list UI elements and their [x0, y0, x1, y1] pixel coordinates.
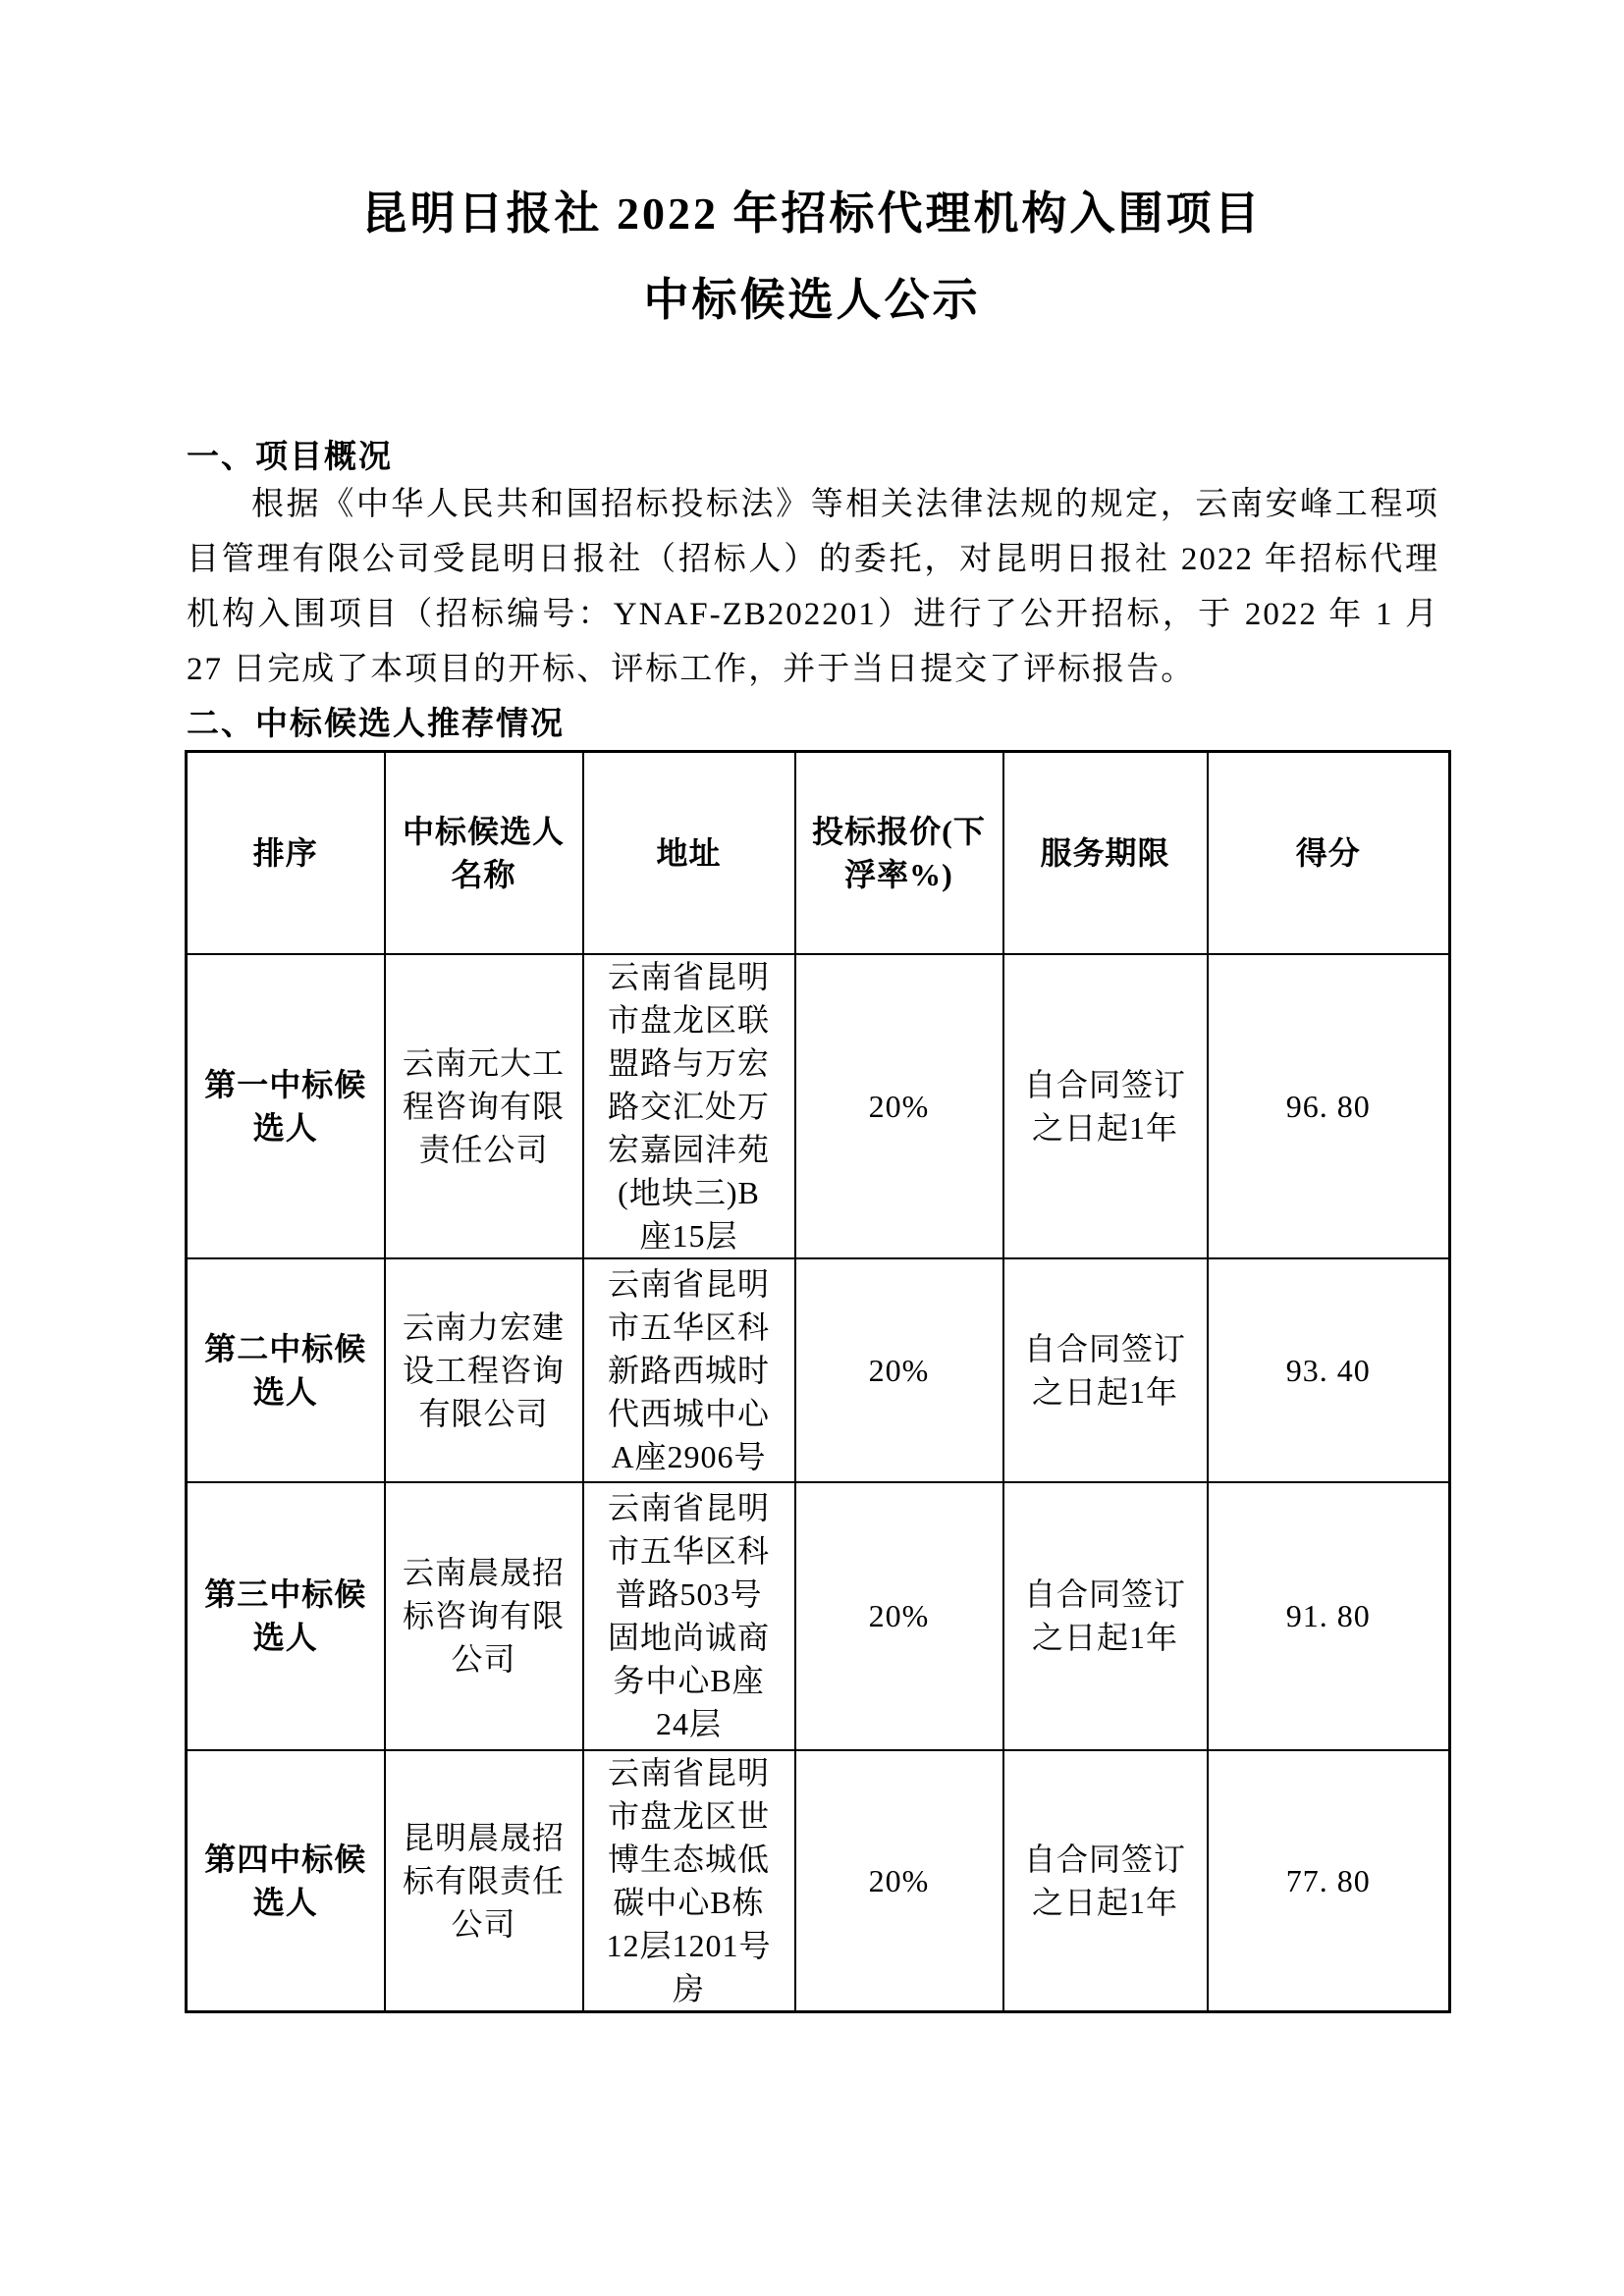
cell-bid-price: 20%: [795, 1482, 1003, 1750]
table-row: 第一中标候选人云南元大工程咨询有限责任公司云南省昆明市盘龙区联盟路与万宏路交汇处…: [187, 954, 1450, 1258]
cell-bid-price: 20%: [795, 1750, 1003, 2012]
cell-address: 云南省昆明市五华区科新路西城时代西城中心A座2906号: [583, 1258, 795, 1482]
table-row: 第四中标候选人昆明晨晟招标有限责任公司云南省昆明市盘龙区世博生态城低碳中心B栋1…: [187, 1750, 1450, 2012]
table-row: 第二中标候选人云南力宏建设工程咨询有限公司云南省昆明市五华区科新路西城时代西城中…: [187, 1258, 1450, 1482]
cell-rank: 第三中标候选人: [187, 1482, 385, 1750]
section2-heading: 二、中标候选人推荐情况: [187, 697, 1439, 752]
candidates-table-head: 排序中标候选人名称地址投标报价(下浮率%)服务期限得分: [187, 752, 1450, 954]
header-cell-2: 地址: [583, 752, 795, 954]
cell-address: 云南省昆明市五华区科普路503号固地尚诚商务中心B座24层: [583, 1482, 795, 1750]
document-title-line1: 昆明日报社 2022 年招标代理机构入围项目: [0, 171, 1624, 257]
document-page: 昆明日报社 2022 年招标代理机构入围项目 中标候选人公示 一、项目概况 根据…: [0, 0, 1624, 2296]
cell-service-period: 自合同签订之日起1年: [1003, 1482, 1208, 1750]
cell-score: 93. 40: [1208, 1258, 1450, 1482]
cell-name: 云南晨晟招标咨询有限公司: [385, 1482, 583, 1750]
document-title: 昆明日报社 2022 年招标代理机构入围项目 中标候选人公示: [0, 171, 1624, 344]
cell-bid-price: 20%: [795, 954, 1003, 1258]
header-cell-5: 得分: [1208, 752, 1450, 954]
cell-service-period: 自合同签订之日起1年: [1003, 954, 1208, 1258]
cell-rank: 第一中标候选人: [187, 954, 385, 1258]
cell-address: 云南省昆明市盘龙区联盟路与万宏路交汇处万宏嘉园沣苑(地块三)B座15层: [583, 954, 795, 1258]
cell-rank: 第二中标候选人: [187, 1258, 385, 1482]
header-cell-1: 中标候选人名称: [385, 752, 583, 954]
cell-score: 91. 80: [1208, 1482, 1450, 1750]
cell-service-period: 自合同签订之日起1年: [1003, 1258, 1208, 1482]
cell-name: 云南元大工程咨询有限责任公司: [385, 954, 583, 1258]
candidates-table: 排序中标候选人名称地址投标报价(下浮率%)服务期限得分 第一中标候选人云南元大工…: [185, 750, 1451, 2013]
cell-score: 77. 80: [1208, 1750, 1450, 2012]
header-cell-4: 服务期限: [1003, 752, 1208, 954]
cell-name: 昆明晨晟招标有限责任公司: [385, 1750, 583, 2012]
section1-paragraph: 根据《中华人民共和国招标投标法》等相关法律法规的规定，云南安峰工程项目管理有限公…: [187, 477, 1439, 697]
cell-score: 96. 80: [1208, 954, 1450, 1258]
cell-bid-price: 20%: [795, 1258, 1003, 1482]
header-cell-3: 投标报价(下浮率%): [795, 752, 1003, 954]
cell-name: 云南力宏建设工程咨询有限公司: [385, 1258, 583, 1482]
table-row: 第三中标候选人云南晨晟招标咨询有限公司云南省昆明市五华区科普路503号固地尚诚商…: [187, 1482, 1450, 1750]
cell-rank: 第四中标候选人: [187, 1750, 385, 2012]
candidates-table-header-row: 排序中标候选人名称地址投标报价(下浮率%)服务期限得分: [187, 752, 1450, 954]
document-title-line2: 中标候选人公示: [0, 257, 1624, 344]
header-cell-0: 排序: [187, 752, 385, 954]
candidates-table-body: 第一中标候选人云南元大工程咨询有限责任公司云南省昆明市盘龙区联盟路与万宏路交汇处…: [187, 954, 1450, 2012]
cell-service-period: 自合同签订之日起1年: [1003, 1750, 1208, 2012]
cell-address: 云南省昆明市盘龙区世博生态城低碳中心B栋12层1201号房: [583, 1750, 795, 2012]
